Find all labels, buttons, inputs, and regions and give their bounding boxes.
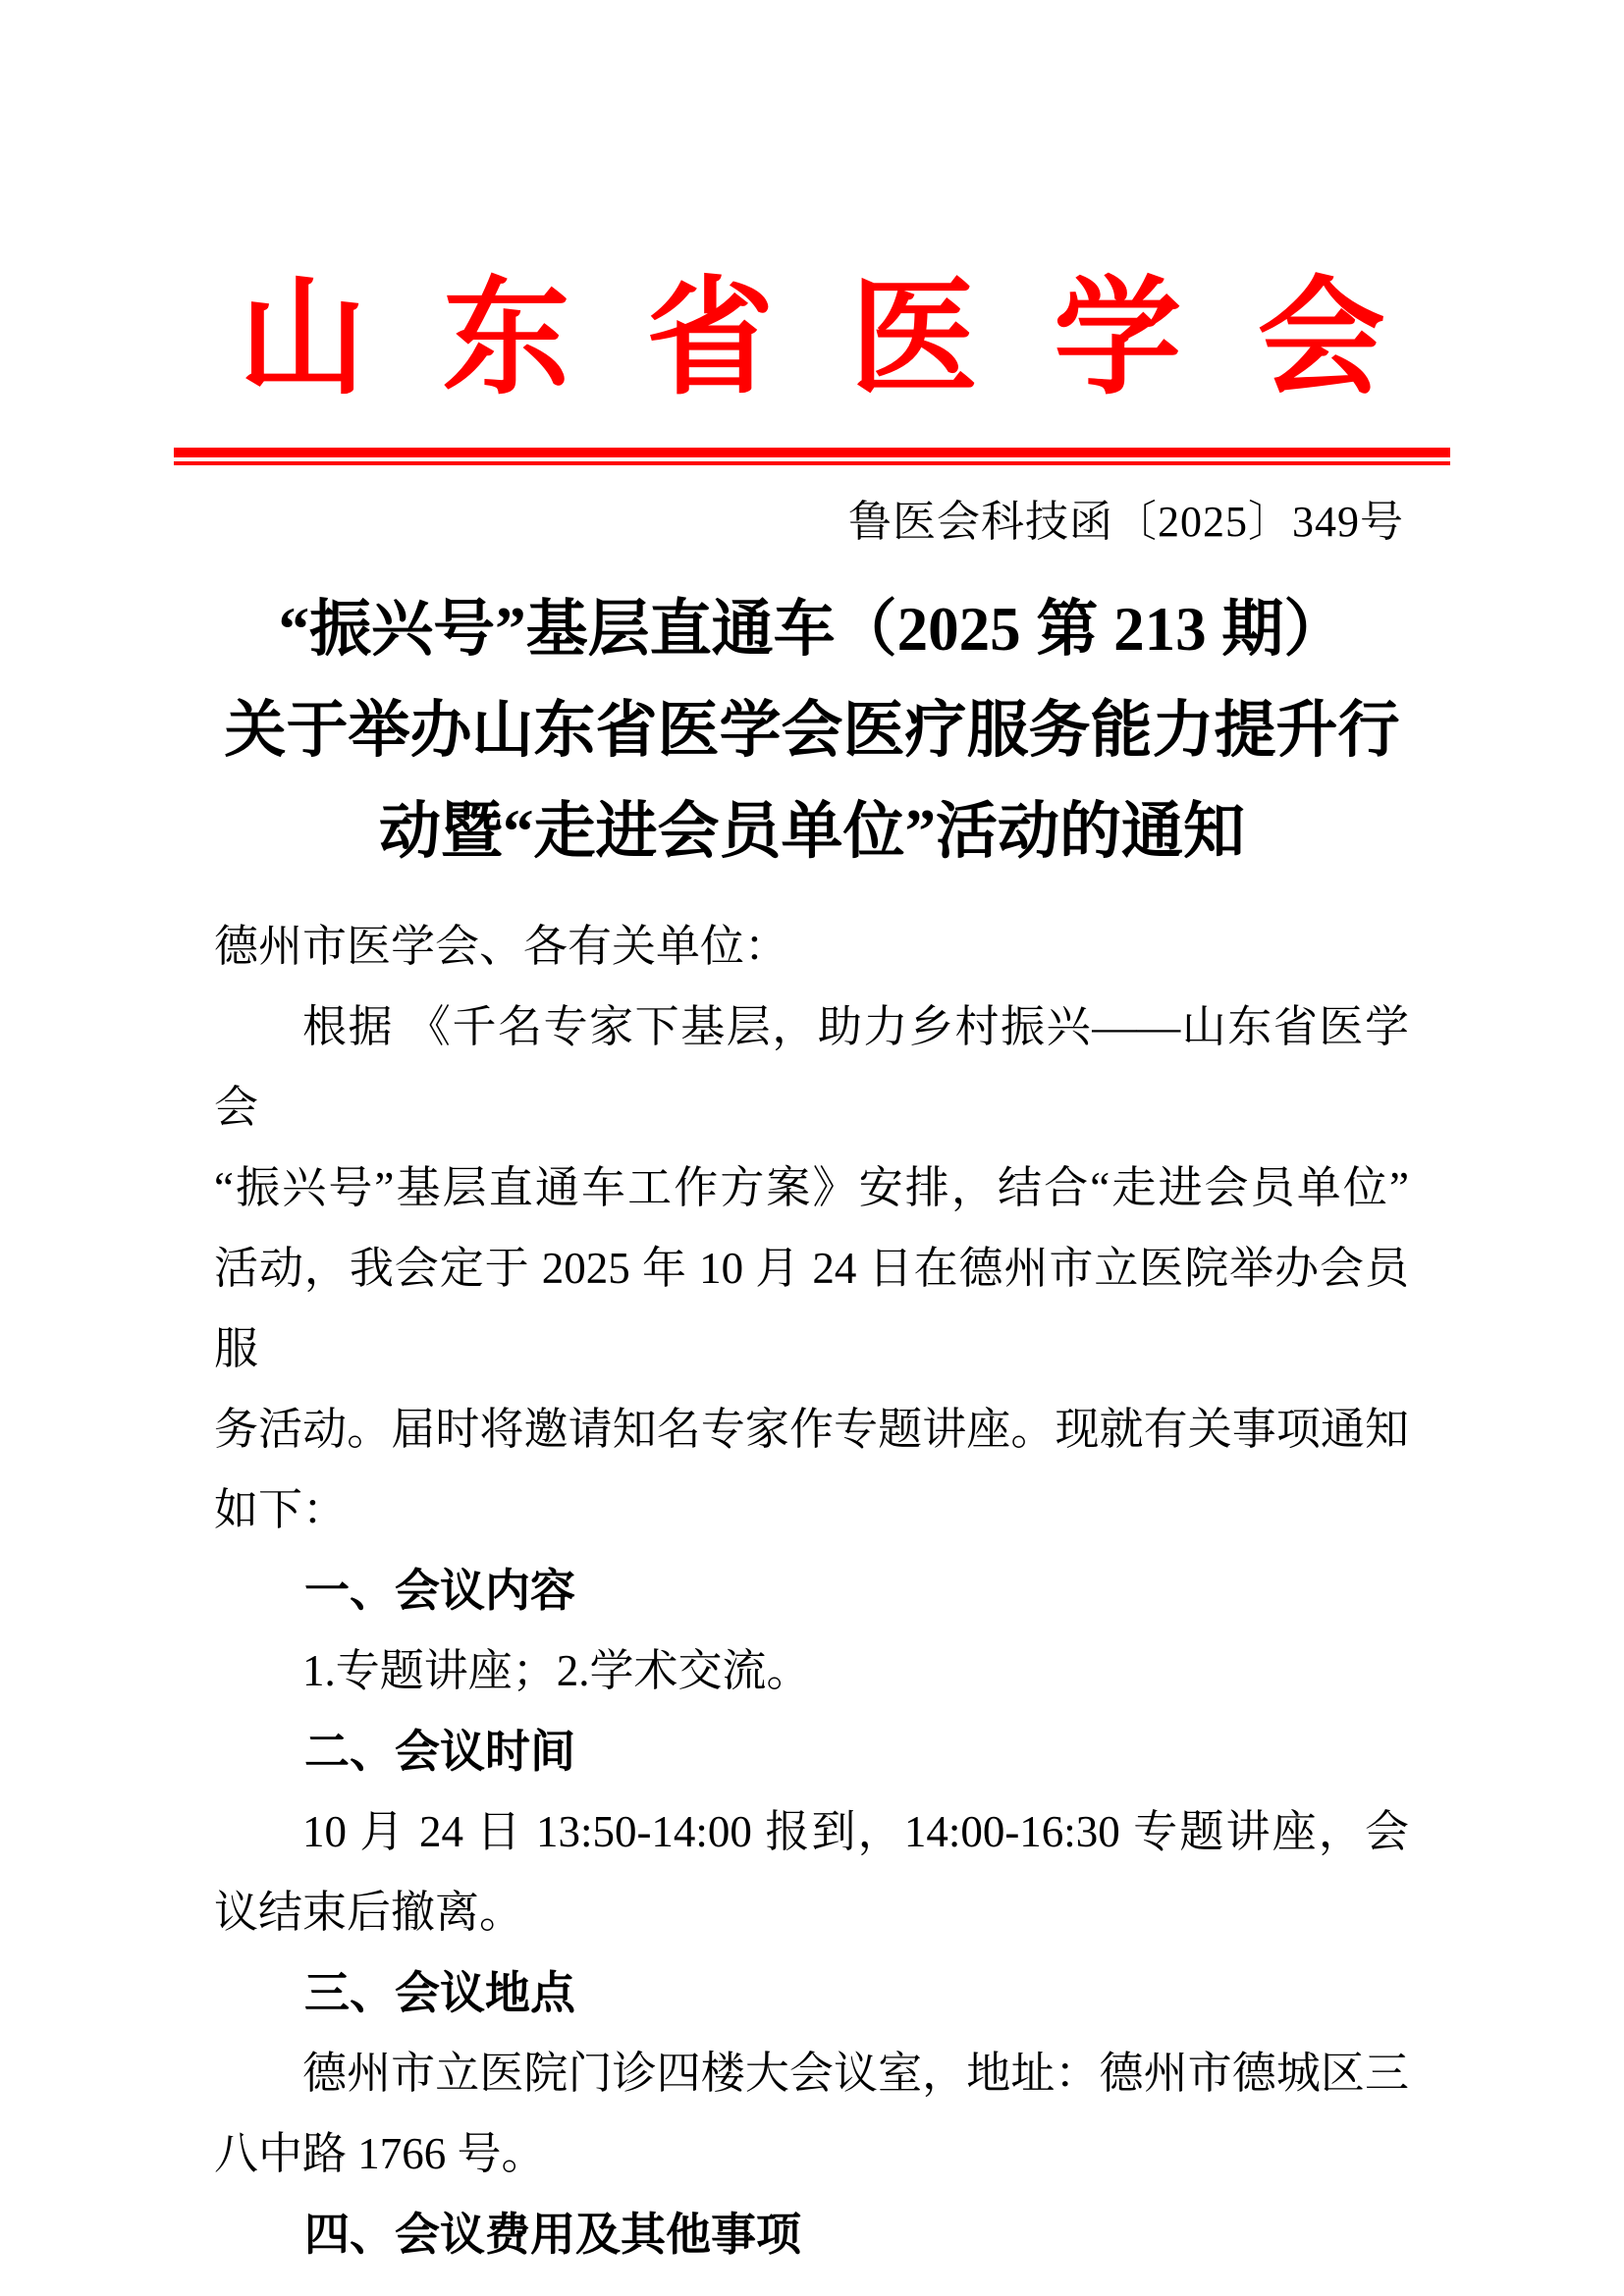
letterhead-org-name: 山 东 省 医 学 会 bbox=[0, 0, 1624, 412]
body-line: 德州市立医院门诊四楼大会议室，地址：德州市德城区三 bbox=[214, 2033, 1409, 2113]
document-page: 山 东 省 医 学 会 鲁医会科技函〔2025〕349号 “振兴号”基层直通车（… bbox=[0, 0, 1624, 2296]
body-line: 根据 《千名专家下基层，助力乡村振兴——山东省医学会 bbox=[214, 987, 1409, 1148]
body-line: 德州市医学会、各有关单位： bbox=[214, 906, 1409, 987]
section-heading: 三、会议地点 bbox=[214, 1952, 1409, 2033]
section-heading: 四、会议费用及其他事项 bbox=[214, 2194, 1409, 2274]
section-heading: 二、会议时间 bbox=[214, 1711, 1409, 1791]
document-number: 鲁医会科技函〔2025〕349号 bbox=[0, 495, 1624, 550]
section-heading: 一、会议内容 bbox=[214, 1550, 1409, 1630]
notice-title-line-3: 动暨“走进会员单位”活动的通知 bbox=[0, 781, 1624, 882]
body-line: 务活动。届时将邀请知名专家作专题讲座。现就有关事项通知 bbox=[214, 1389, 1409, 1469]
body-line: 议结束后撤离。 bbox=[214, 1872, 1409, 1952]
document-body: 德州市医学会、各有关单位：根据 《千名专家下基层，助力乡村振兴——山东省医学会“… bbox=[0, 906, 1624, 2274]
body-line: 如下： bbox=[214, 1469, 1409, 1550]
body-line: 活动，我会定于 2025 年 10 月 24 日在德州市立医院举办会员服 bbox=[214, 1228, 1409, 1389]
body-line: “振兴号”基层直通车工作方案》安排，结合“走进会员单位” bbox=[214, 1148, 1409, 1228]
body-line: 1.专题讲座；2.学术交流。 bbox=[214, 1630, 1409, 1711]
body-line: 八中路 1766 号。 bbox=[214, 2113, 1409, 2194]
red-divider-line bbox=[174, 448, 1450, 465]
notice-title-line-1: “振兴号”基层直通车（2025 第 213 期） bbox=[0, 579, 1624, 680]
body-line: 10 月 24 日 13:50-14:00 报到，14:00-16:30 专题讲… bbox=[214, 1791, 1409, 1872]
notice-title: “振兴号”基层直通车（2025 第 213 期） 关于举办山东省医学会医疗服务能… bbox=[0, 579, 1624, 882]
notice-title-line-2: 关于举办山东省医学会医疗服务能力提升行 bbox=[0, 680, 1624, 781]
